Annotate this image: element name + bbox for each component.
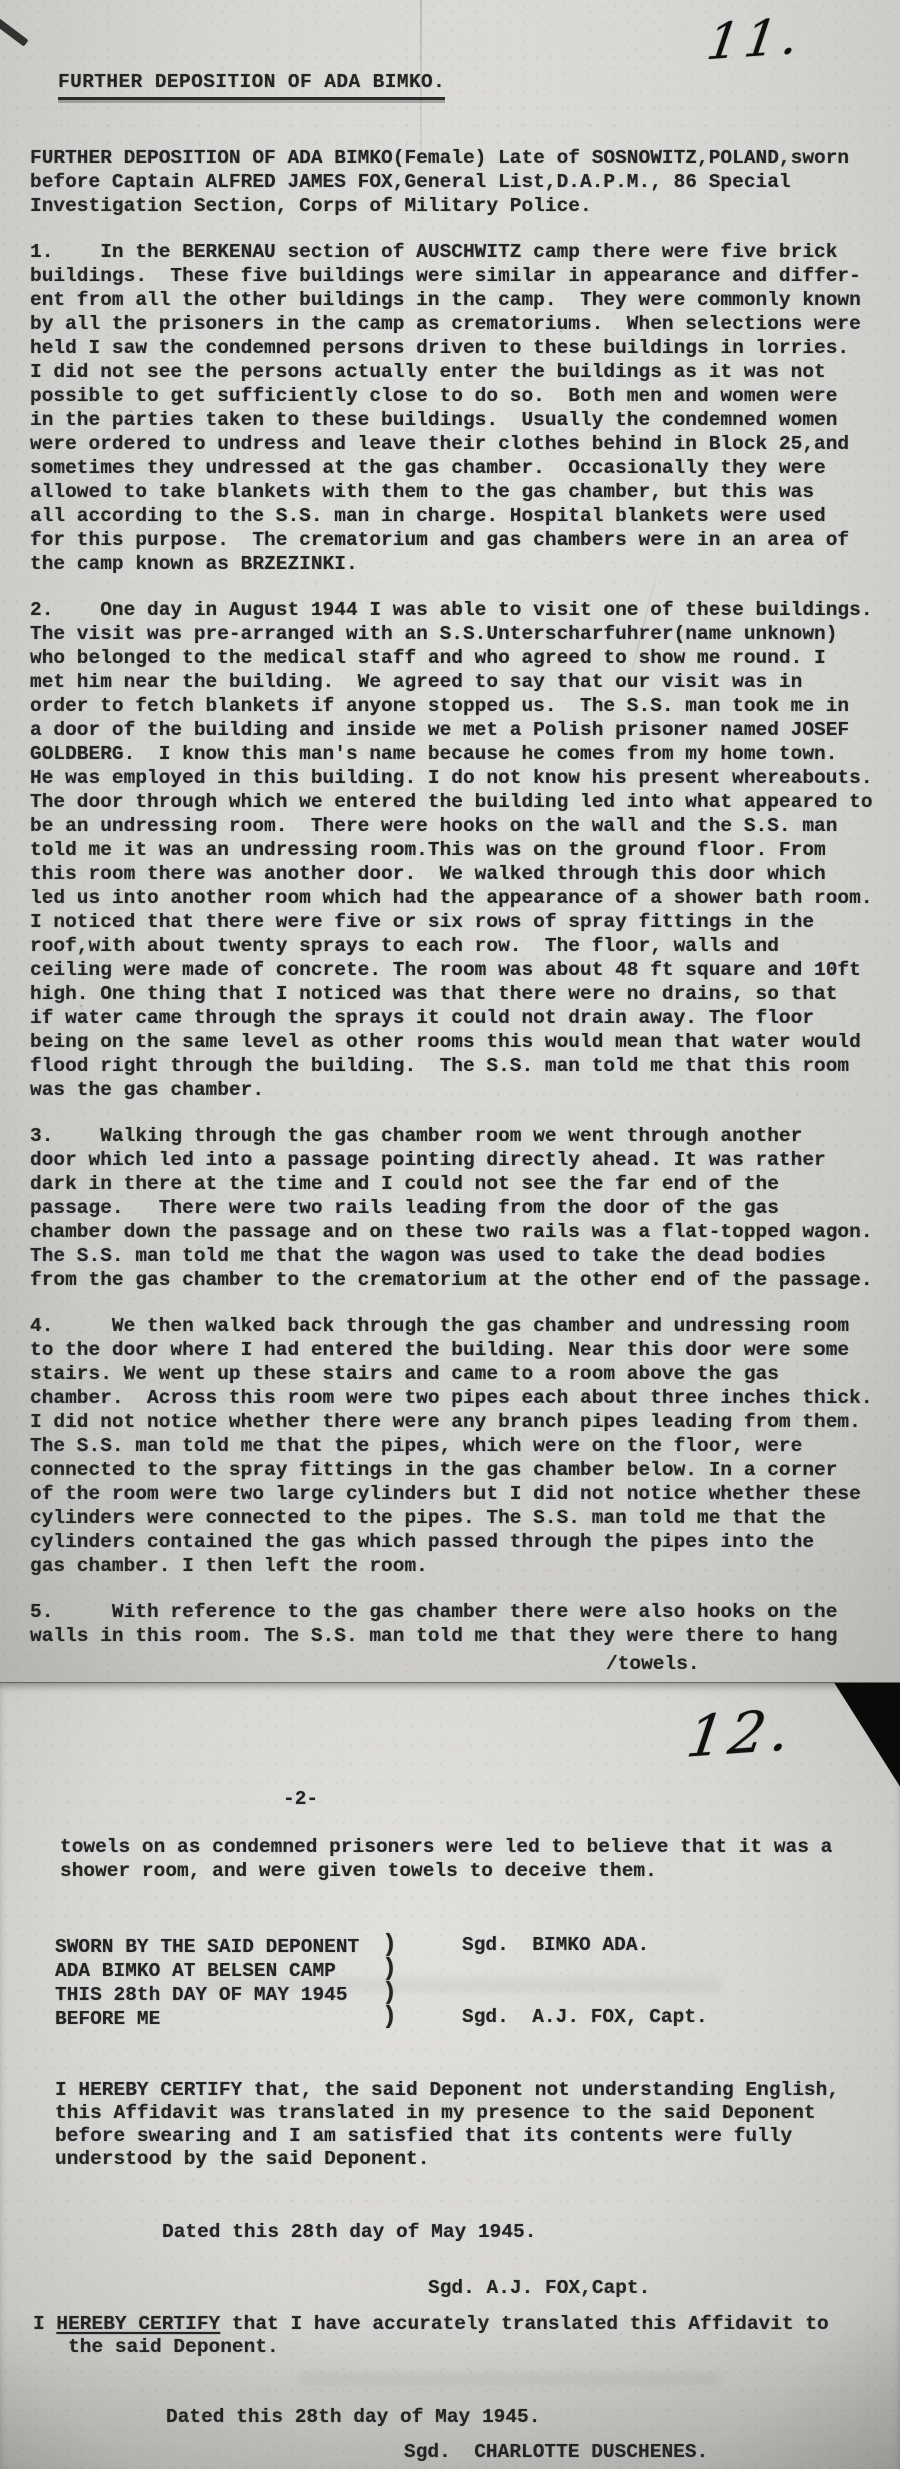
handwritten-page-number: 11. [703,7,807,71]
page-1: 11. FURTHER DEPOSITION OF ADA BIMKO. FUR… [0,0,900,1682]
bleed-through-smudge [300,2373,720,2385]
continuation-marker: /towels. [606,1652,700,1676]
paragraph-1: 1. In the BERKENAU section of AUSCHWITZ … [30,240,861,576]
sworn-statement-lines: SWORN BY THE SAID DEPONENT ADA BIMKO AT … [55,1935,359,2031]
handwritten-page-number: 12. [683,1697,799,1770]
paragraph-4: 4. We then walked back through the gas c… [30,1314,873,1578]
deposition-intro: FURTHER DEPOSITION OF ADA BIMKO(Female) … [30,146,849,218]
corner-mark [0,17,29,46]
paragraph-5: 5. With reference to the gas chamber the… [30,1600,837,1648]
sworn-brace-marks: ) ) ) ) [382,1933,397,2029]
document-title: FURTHER DEPOSITION OF ADA BIMKO. [58,70,445,100]
signature-fox: Sgd. A.J. FOX,Capt. [428,2276,650,2300]
paragraph-2: 2. One day in August 1944 I was able to … [30,598,873,1102]
signature-translator: Sgd. CHARLOTTE DUSCHENES. [404,2440,708,2464]
document-scan: 11. FURTHER DEPOSITION OF ADA BIMKO. FUR… [0,0,900,2469]
page-2: 12. -2- towels on as condemned prisoners… [0,1682,900,2469]
certification-translator-prefix: I [33,2313,56,2335]
dated-line-2: Dated this 28th day of May 1945. [166,2405,540,2429]
certification-translator: I HEREBY CERTIFY that I have accurately … [33,2313,829,2359]
photo-corner-triangle [820,1683,900,1791]
carryover-paragraph: towels on as condemned prisoners were le… [60,1835,832,1883]
signature-officer: Sgd. A.J. FOX, Capt. [462,2005,708,2029]
certification-translator-emphasis: HEREBY CERTIFY [56,2313,220,2335]
signature-deponent: Sgd. BIMKO ADA. [462,1933,649,1957]
typed-page-label: -2- [283,1787,318,1811]
certification-translation: I HEREBY CERTIFY that, the said Deponent… [55,2079,839,2171]
paper-specks [0,0,2,2]
paragraph-3: 3. Walking through the gas chamber room … [30,1124,873,1292]
dated-line-1: Dated this 28th day of May 1945. [162,2220,536,2244]
